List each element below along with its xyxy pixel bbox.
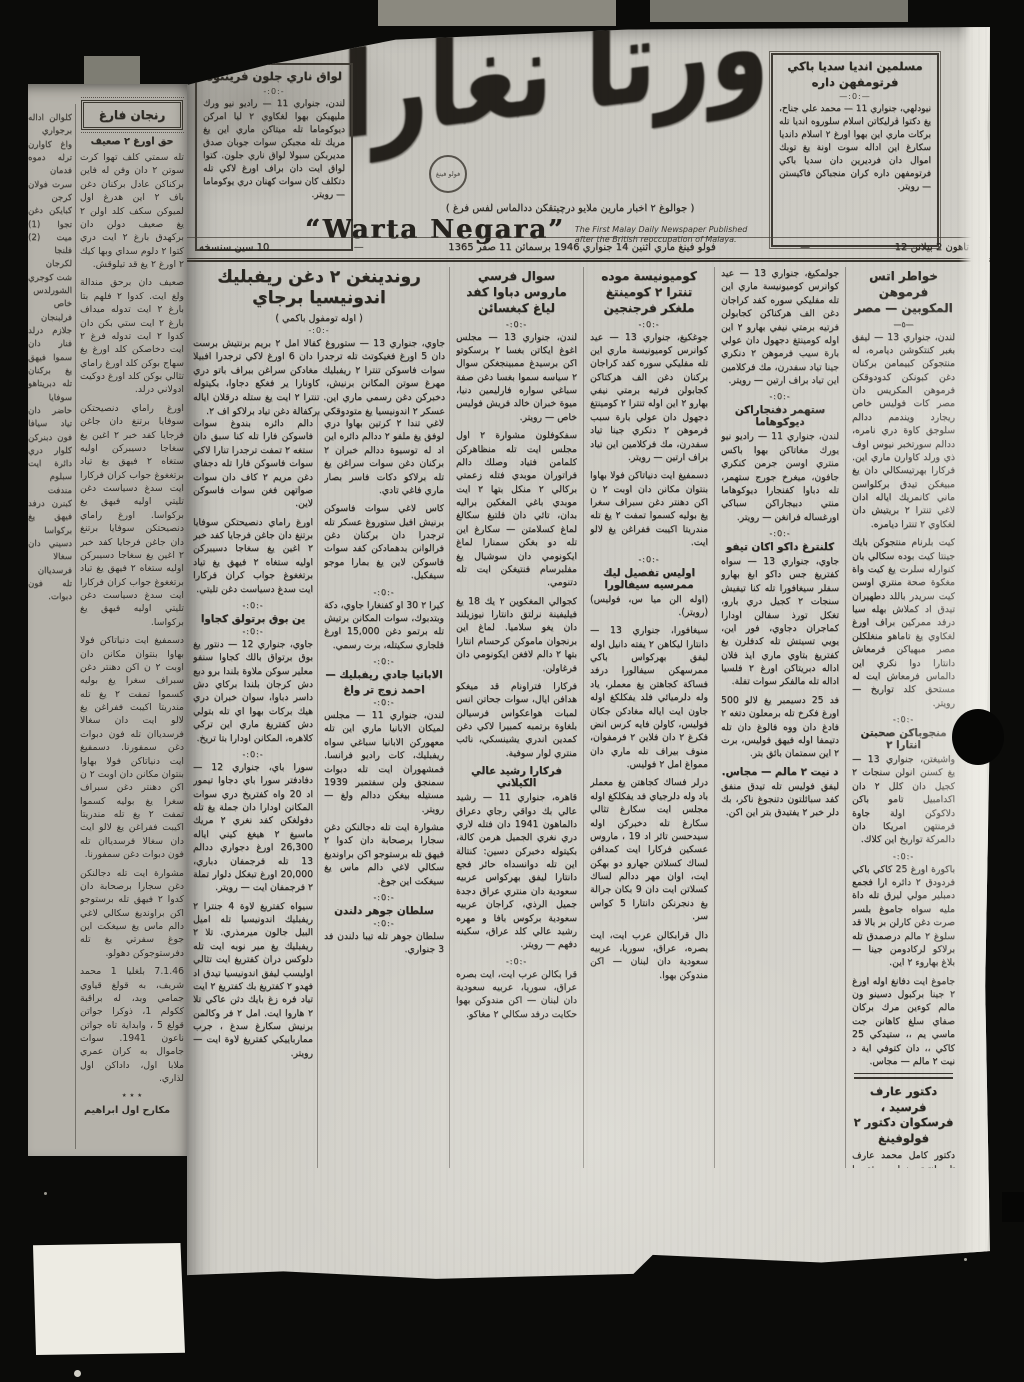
body-paragraph: سيغافورا، جنواري 13 — دانتارا ليكاهن ٢ ي…: [590, 624, 708, 771]
column-headline: خواطر اتس فرموهن المكوبين — مصر: [852, 268, 955, 317]
body-paragraph: باكورة اورغ 25 كاكي باكي فردودق ٢ دائره …: [852, 863, 955, 970]
column-rule: [75, 104, 76, 1149]
body-paragraph: لندن، جنواري 13 — مجلس اغوغ ايكاتن بغسا …: [456, 331, 577, 425]
column-subhead: د نيت ٢ مالم — مجاس.: [721, 766, 839, 778]
section-divider: —٥—: [852, 320, 955, 329]
lead-byline: ( اوله تومفول باكمي ): [193, 313, 445, 324]
adjacent-page-text: تله سمتي كلف تهوا كرت سوتن ٢ دان وفن له …: [80, 151, 184, 1116]
column-subhead: منجوباكن صحبتن انتارا ٢: [852, 727, 955, 751]
news-column-5: جولمكيغ، جنواري 13 — عيد كوانرس كوميونيس…: [721, 267, 839, 1168]
body-paragraph: تله سمتي كلف تهوا كرت سوتن ٢ دان وفن له …: [80, 151, 184, 271]
body-paragraph: دال قرابكالن عرب ايت، ايت بصره، عراق، سو…: [590, 929, 708, 983]
page-body: روندينغن ٢ دغن ريفبليك اندونيسيا برجاي (…: [187, 267, 990, 1168]
body-paragraph: درلر فساك كجاهتن يغ معملر باد وله دلرجيا…: [590, 776, 708, 923]
lead-paragraph: جاوي، جنواري 13 — ستوروغ كفالا امل ٢ بري…: [193, 337, 445, 419]
column-headline: سوال فرسي ماروس دباوا كفد لياغ كبغسائن: [456, 268, 577, 317]
section-divider: -:0:-: [193, 601, 313, 610]
masthead-jawi-subtitle: ( جوالوغ ٢ اخبار مارين ملايو درچيتقكن دد…: [355, 203, 785, 214]
body-paragraph: جولمكيغ، جنواري 13 — عيد كوانرس كوميونيس…: [721, 267, 839, 387]
box-body: نيودلهي، جنواري 11 — محمد علي جناح، يغ د…: [779, 103, 931, 194]
body-paragraph: كاس لاغي سوات فاسوكن برنيش افيل ستوروغ ع…: [324, 502, 444, 582]
body-paragraph: كيت بلرنام منتجوكن بايك جينتا كيت بوده س…: [852, 536, 955, 710]
body-paragraph: لندن، جنواري 11 — راديو نيو يورك مغاتاكن…: [721, 430, 839, 524]
section-divider: -:0:-: [203, 87, 345, 96]
scan-notch: [1002, 1192, 1024, 1222]
body-paragraph: جاوي، جنواري 12 — دنتور يغ بوق برتواق با…: [193, 638, 313, 745]
section-subhead: حق اورغ ٢ صعيف: [80, 136, 184, 147]
newspaper-page: ورتا نغارا فولو فينغ لواق ناري جلون فرين…: [187, 27, 990, 1289]
dateline: تاهون 2 بيلانن 12 — فولو فينغ ماري اثنين…: [191, 239, 977, 255]
lead-story: روندينغن ٢ دغن ريفبليك اندونيسيا برجاي (…: [193, 267, 445, 418]
body-paragraph: ليفق فوليس تله تيدق منفق كفد سبائلتون دت…: [721, 780, 839, 820]
body-paragraph: دسمفيغ ايت دنياتاكن فولا بهاوا بنتوان مك…: [80, 634, 184, 861]
column-subhead: ستهمر دفنجاراكن ديوكوهاما: [721, 404, 839, 428]
hole-punch: [952, 709, 1004, 765]
column-subhead: فركارا رشيد عالي الكيلاني: [456, 765, 577, 789]
newspaper-scan: كلوالن اداله برجواري واغ كاوارن ترله دمو…: [0, 0, 1024, 1382]
body-paragraph: دسمفيغ ايت دنياتاكن فولا بهاوا بنتوان مك…: [590, 469, 708, 549]
dateline-price: 10 سين سنسخه: [199, 242, 269, 253]
section-divider: -:0:-: [324, 657, 444, 666]
dateline-volume: تاهون 2 بيلانن 12: [895, 242, 969, 253]
dateline-dash: —: [800, 242, 810, 253]
section-divider: -:0:-: [852, 715, 955, 724]
section-divider: -:0:-: [590, 320, 708, 329]
section-box-title: رنجان فارغ: [81, 100, 183, 130]
stars-divider: ٭ ٭ ٭: [80, 1091, 184, 1101]
body-paragraph: كجوالي المغكوين ٢ يك 18 يغ فيليفينة نرلت…: [456, 595, 577, 675]
dateline-date: فولو فينغ ماري اثنين 14 جنواري 1946 برسم…: [448, 242, 716, 253]
box-headline: لواق ناري جلون فرينتوه: [203, 69, 345, 85]
seal-text: فولو فينغ: [436, 170, 460, 178]
body-paragraph: مشوارة ايت تله دجالنكن دغن سجارا برصحابة…: [324, 821, 444, 888]
horizontal-rule: [187, 237, 990, 238]
news-column-2: لاغي تندا ٢ كرتين بهاوا دري لوفق يغ ملفو…: [324, 417, 444, 1168]
latin-subtitle-line: The First Malay Daily Newspaper Publishe…: [575, 225, 747, 235]
body-paragraph: دالم دائره بندوغ سوات فاسوكن فارا تله كن…: [193, 417, 313, 511]
torn-edge: [959, 27, 990, 1289]
double-rule: [187, 258, 990, 262]
body-paragraph: اورغ راماي دنصيحتكن سوفايا برتنغ دان جاغ…: [80, 402, 184, 629]
body-paragraph: دكتور كامل محمد عارف تله دلنتيق منجادي ي…: [852, 1149, 955, 1168]
section-divider: -:0:-: [193, 326, 445, 335]
body-paragraph: لاغي تندا ٢ كرتين بهاوا دري لوفق يغ ملفو…: [324, 417, 444, 497]
column-rule: [317, 413, 318, 1168]
column-subhead: اوليس تفصيل ليك ممرسيه سيفالورا: [590, 567, 708, 591]
body-paragraph: فد 25 دسيمبر يغ لالو 500 اورغ فكرخ تله ب…: [721, 694, 839, 761]
double-rule: [854, 1073, 953, 1079]
body-paragraph: جاوي، جنواري 13 — سواه كفتريغ جس داكو اب…: [721, 555, 839, 689]
section-divider: -:0:-: [456, 320, 577, 329]
section-divider: -:0:-: [852, 852, 955, 861]
body-paragraph: قرا بكالن عرب ايت، ايت بصره عراق، سوريا،…: [456, 968, 577, 1022]
adjacent-page-column: رنجان فارغ حق اورغ ٢ صعيف تله سمتي كلف ت…: [80, 90, 184, 1150]
column-headline: كوميونيسة موده تنترا ٢ كومينتغ ملغكر فرج…: [590, 268, 708, 317]
column-subhead: كلنترغ داكو اكان تيفو: [721, 541, 839, 553]
body-paragraph: اورغ راماي دنصيحتكن سوفايا برتنغ دان جاغ…: [193, 516, 313, 596]
section-divider: -:0:-: [193, 750, 313, 759]
adjacent-page-cut-column: كلوالن اداله برجواري واغ كاوارن ترله دمو…: [28, 112, 72, 1152]
column-subhead: احمد زوج تر واغ: [324, 684, 444, 696]
story-headline: دكتور عارف فرسيد ، فرسكوان دكتور ٢ فولوف…: [852, 1084, 955, 1146]
body-paragraph: صعيف دان برحق مندالة ولغ ايت. كدوا ٢ فله…: [80, 276, 184, 396]
body-paragraph: سورا باي، جنواري 12 — دفادفتر سورا باي د…: [193, 761, 313, 895]
section-divider: -:0:-: [590, 555, 708, 564]
body-paragraph: لندن، جنواري 11 — مجلس لميكان الابانيا م…: [324, 709, 444, 816]
column-rule: [714, 267, 715, 1168]
column-rule: [845, 267, 846, 1168]
body-paragraph: سلطان جوهر تله تيبا دلندن فد 3 جنواري.: [324, 930, 444, 957]
dateline-dash: —: [354, 242, 364, 253]
body-paragraph: (اوله الن ميا س، فوليس) (رويتر).: [590, 593, 708, 620]
section-divider: -:0:-: [721, 392, 839, 401]
body-paragraph: لندن، جنواري 13 — ليفق بغبر كنتكوشن ديام…: [852, 331, 955, 532]
body-paragraph: قاهره، جنواري 11 — رشيد عالي بك دواقي رج…: [456, 791, 577, 952]
column-subhead: الابانيا جادي ريفبليك —: [324, 669, 444, 681]
body-paragraph: كيرا ٢ 30 او كفنغارا جاوي، دكة وبتدبوك، …: [324, 599, 444, 653]
column-subhead: سلطان جوهر دلندن: [324, 905, 444, 917]
body-paragraph: فركارا فتراونام قد ميغكو هدافن ايال، سوا…: [456, 680, 577, 760]
paper-scrap: [33, 1243, 185, 1355]
news-column-1: دالم دائره بندوغ سوات فاسوكن فارا تله كن…: [193, 417, 313, 1168]
body-paragraph: جاموغ ايت دفانغ اوله اورغ ٢ جينا بركبول …: [852, 975, 955, 1069]
box-headline: مسلمين انديا سديا باكي فرتومفهن داره: [779, 59, 931, 90]
scan-debris: [378, 0, 616, 26]
masthead-seal: فولو فينغ: [429, 155, 467, 193]
body-paragraph: سفكوفلون مشوارة ٢ اول مجلس ايت تله منظاه…: [456, 429, 577, 590]
column-rule: [583, 267, 584, 1168]
body-paragraph: 7.1.46 بلغليا 1 محمد شريف، به قولغ قياوي…: [80, 965, 184, 1085]
section-divider: -:0:-: [193, 627, 313, 636]
signature-line: مكارح اول ابراهيم: [84, 1105, 180, 1116]
section-divider: -:0:-: [324, 893, 444, 902]
section-divider: —:0:—: [779, 92, 931, 101]
news-column-3: سوال فرسي ماروس دباوا كفد لياغ كبغسائن-:…: [456, 267, 577, 1168]
column-rule: [449, 267, 450, 1168]
section-divider: -:0:-: [324, 588, 444, 597]
body-paragraph: جوغكيغ، جنواري 13 — عيد كوانرس كوميونيسة…: [590, 331, 708, 465]
masthead-calligraphy: ورتا نغارا: [327, 23, 783, 201]
news-column-6: خواطر اتس فرموهن المكوبين — مصر—٥—لندن، …: [852, 267, 955, 1168]
column-subhead: ين بوق برتولق كجاوا: [193, 613, 313, 625]
adjacent-page: كلوالن اداله برجواري واغ كاوارن ترله دمو…: [28, 84, 188, 1156]
section-divider: -:0:-: [324, 919, 444, 928]
section-divider: -:0:-: [721, 529, 839, 538]
section-divider: -:0:-: [456, 957, 577, 966]
body-paragraph: واشيغتن، جنواري 13 — يغ كسنن انولن سنجات…: [852, 753, 955, 847]
body-paragraph: سيواه كفتريغ لاوة 4 جنترا ٢ ريفبليك اندو…: [193, 900, 313, 1061]
lead-headline: روندينغن ٢ دغن ريفبليك اندونيسيا برجاي: [193, 267, 445, 310]
scan-debris: [84, 56, 140, 84]
box-body: لندن، جنواري 11 — راديو نيو ورك مليهبكن …: [203, 98, 345, 202]
news-column-4: كوميونيسة موده تنترا ٢ كومينتغ ملغكر فرج…: [590, 267, 708, 1168]
scan-debris: [650, 0, 908, 22]
body-paragraph: مشوارة ايت تله دجالنكن دغن سجارا برصحابة…: [80, 867, 184, 961]
section-divider: -:0:-: [324, 698, 444, 707]
